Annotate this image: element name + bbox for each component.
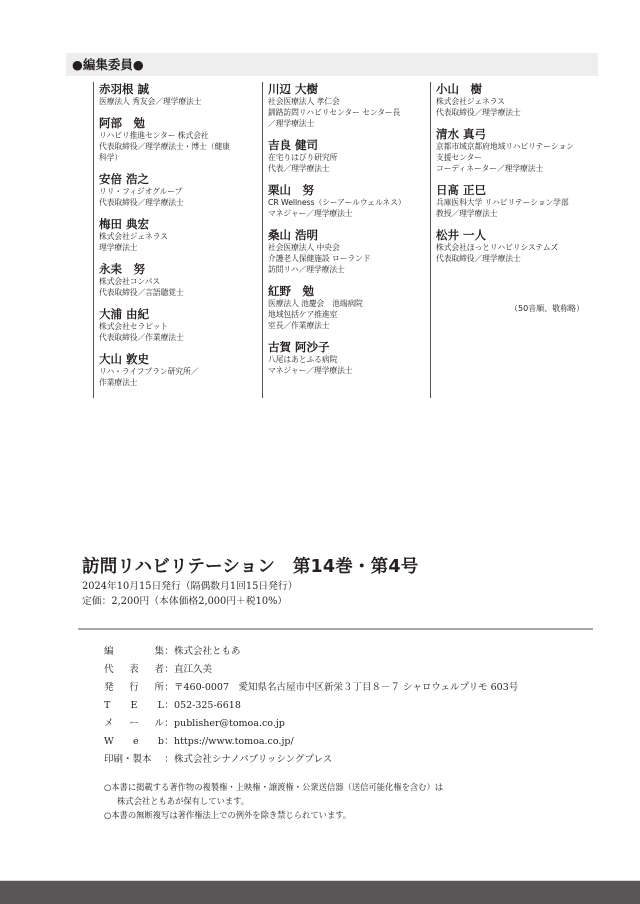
member-entry: 栗山 努 CR Wellness（シーアールウェルネス） マネジャー／理学療法士 [268, 183, 430, 219]
copyright-notices: ○本書に掲載する著作物の複製権・上映権・譲渡権・公衆送信器（送信可能化権を含む）… [104, 780, 443, 822]
editorial-board-columns: 赤羽根 誠 医療法人 秀友会／理学療法士 阿部 勉 リハビリ推進センター 株式会… [0, 82, 640, 400]
colophon-label: Web [104, 733, 164, 751]
member-name: 小山 樹 [436, 82, 598, 96]
board-column-1: 赤羽根 誠 医療法人 秀友会／理学療法士 阿部 勉 リハビリ推進センター 株式会… [93, 82, 261, 398]
member-affiliation: 代表取締役／作業療法士 [99, 332, 261, 343]
member-affiliation: 介護老人保健施設 ローランド [268, 253, 430, 264]
ordering-note: （50音順、敬称略） [510, 303, 584, 314]
colophon-value: 直江久美 [174, 661, 212, 679]
email-link[interactable]: publisher@tomoa.co.jp [174, 715, 285, 733]
member-entry: 松井 一人 株式会社ほっとリハビリシステムズ 代表取締役／理学療法士 [436, 228, 598, 264]
member-affiliation: リハビリ推進センター 株式会社 [99, 130, 261, 141]
member-entry: 古賀 阿沙子 八尾はあとふる病院 マネジャー／理学療法士 [268, 340, 430, 376]
member-affiliation: 株式会社コンパス [99, 276, 261, 287]
member-name: 紅野 勉 [268, 284, 430, 298]
price: 定価：2,200円（本体価格2,000円＋税10%） [82, 594, 418, 609]
member-affiliation: 株式会社セラピット [99, 321, 261, 332]
colophon-value: 株式会社ともあ [174, 643, 241, 661]
colophon-label: メール [104, 715, 164, 733]
website-link[interactable]: https://www.tomoa.co.jp/ [174, 733, 294, 751]
member-affiliation: リリ・フィジオグループ [99, 186, 261, 197]
member-name: 吉良 健司 [268, 138, 430, 152]
member-name: 梅田 典宏 [99, 217, 261, 231]
member-affiliation: 代表取締役／理学療法士 [436, 253, 598, 264]
board-column-3: 小山 樹 株式会社ジェネラス 代表取締役／理学療法士 清水 真弓 京都市域京都府… [430, 82, 598, 398]
colophon-email: メール ： publisher@tomoa.co.jp [104, 715, 518, 733]
member-affiliation: 株式会社ジェネラス [99, 231, 261, 242]
member-affiliation: 訪問リハ／理学療法士 [268, 264, 430, 275]
member-entry: 赤羽根 誠 医療法人 秀友会／理学療法士 [99, 82, 261, 107]
colophon-tel: TEL ： 052-325-6618 [104, 697, 518, 715]
board-column-2: 川辺 大樹 社会医療法人 孝仁会 釧路訪問リハビリセンター センター長 ／理学療… [262, 82, 430, 398]
member-entry: 阿部 勉 リハビリ推進センター 株式会社 代表取締役／理学療法士・博士（健康 科… [99, 116, 261, 163]
member-affiliation: CR Wellness（シーアールウェルネス） [268, 197, 430, 208]
member-affiliation: 代表／理学療法士 [268, 163, 430, 174]
member-affiliation: 八尾はあとふる病院 [268, 354, 430, 365]
magazine-info: 訪問リハビリテーション 第14巻・第4号 2024年10月15日発行（隔偶数月1… [82, 555, 418, 609]
member-name: 赤羽根 誠 [99, 82, 261, 96]
member-affiliation: コーディネーター／理学療法士 [436, 163, 598, 174]
member-affiliation: 医療法人 秀友会／理学療法士 [99, 96, 261, 107]
colophon-representative: 代表者 ： 直江久美 [104, 661, 518, 679]
member-entry: 永耒 努 株式会社コンパス 代表取締役／言語聴覚士 [99, 262, 261, 298]
magazine-title: 訪問リハビリテーション 第14巻・第4号 [82, 555, 418, 579]
copyright-notice: 株式会社ともあが保有しています。 [104, 794, 443, 808]
member-affiliation: 室長／作業療法士 [268, 320, 430, 331]
colophon-publisher: 発行所 ： 〒460-0007 愛知県名古屋市中区新栄３丁目８－７ シャロウェル… [104, 679, 518, 697]
member-name: 日髙 正巳 [436, 183, 598, 197]
member-affiliation: 京都市域京都府地域リハビリテーション [436, 141, 598, 152]
member-affiliation: 兵庫医科大学 リハビリテーション学部 [436, 197, 598, 208]
member-entry: 吉良 健司 在宅りはびり研究所 代表／理学療法士 [268, 138, 430, 174]
member-name: 大浦 由紀 [99, 307, 261, 321]
member-entry: 清水 真弓 京都市域京都府地域リハビリテーション 支援センター コーディネーター… [436, 127, 598, 174]
member-entry: 大浦 由紀 株式会社セラピット 代表取締役／作業療法士 [99, 307, 261, 343]
colophon-value: 株式会社シナノパブリッシングプレス [174, 751, 332, 769]
member-entry: 桑山 浩明 社会医療法人 中央会 介護老人保健施設 ローランド 訪問リハ／理学療… [268, 228, 430, 275]
member-affiliation: 釧路訪問リハビリセンター センター長 [268, 107, 430, 118]
member-name: 大山 敦史 [99, 352, 261, 366]
member-affiliation: 在宅りはびり研究所 [268, 152, 430, 163]
member-affiliation: マネジャー／理学療法士 [268, 365, 430, 376]
colophon-label: TEL [104, 697, 164, 715]
colophon-value: 〒460-0007 愛知県名古屋市中区新栄３丁目８－７ シャロウェルプリモ 60… [174, 679, 518, 697]
member-affiliation: 教授／理学療法士 [436, 208, 598, 219]
copyright-notice: ○本書に掲載する著作物の複製権・上映権・譲渡権・公衆送信器（送信可能化権を含む）… [104, 780, 443, 794]
colophon-label: 印刷・製本 [104, 751, 164, 769]
member-affiliation: 株式会社ジェネラス [436, 96, 598, 107]
colophon-web: Web ： https://www.tomoa.co.jp/ [104, 733, 518, 751]
member-entry: 梅田 典宏 株式会社ジェネラス 理学療法士 [99, 217, 261, 253]
member-name: 栗山 努 [268, 183, 430, 197]
member-entry: 川辺 大樹 社会医療法人 孝仁会 釧路訪問リハビリセンター センター長 ／理学療… [268, 82, 430, 129]
member-affiliation: 支援センター [436, 152, 598, 163]
member-name: 松井 一人 [436, 228, 598, 242]
member-affiliation: 代表取締役／理学療法士・博士（健康 [99, 141, 261, 152]
member-affiliation: リハ・ライフプラン研究所／ [99, 366, 261, 377]
member-affiliation: 作業療法士 [99, 377, 261, 388]
member-name: 永耒 努 [99, 262, 261, 276]
divider [78, 628, 593, 630]
member-affiliation: ／理学療法士 [268, 118, 430, 129]
member-name: 清水 真弓 [436, 127, 598, 141]
member-entry: 小山 樹 株式会社ジェネラス 代表取締役／理学療法士 [436, 82, 598, 118]
member-affiliation: 医療法人 池慶会 池端病院 [268, 298, 430, 309]
member-name: 川辺 大樹 [268, 82, 430, 96]
member-affiliation: 理学療法士 [99, 242, 261, 253]
member-affiliation: 社会医療法人 中央会 [268, 242, 430, 253]
member-affiliation: 代表取締役／理学療法士 [436, 107, 598, 118]
member-affiliation: 地域包括ケア推進室 [268, 309, 430, 320]
member-affiliation: 社会医療法人 孝仁会 [268, 96, 430, 107]
member-affiliation: 代表取締役／言語聴覚士 [99, 287, 261, 298]
member-affiliation: 代表取締役／理学療法士 [99, 197, 261, 208]
colophon-printer: 印刷・製本 ： 株式会社シナノパブリッシングプレス [104, 751, 518, 769]
member-entry: 安倍 浩之 リリ・フィジオグループ 代表取締役／理学療法士 [99, 172, 261, 208]
copying-notice: ○本書の無断複写は著作権法上での例外を除き禁じられています。 [104, 808, 443, 822]
member-name: 阿部 勉 [99, 116, 261, 130]
colophon-label: 代表者 [104, 661, 164, 679]
footer-bar [0, 880, 640, 904]
member-entry: 大山 敦史 リハ・ライフプラン研究所／ 作業療法士 [99, 352, 261, 388]
colophon-label: 発行所 [104, 679, 164, 697]
colophon-editor: 編集 ： 株式会社ともあ [104, 643, 518, 661]
member-entry: 紅野 勉 医療法人 池慶会 池端病院 地域包括ケア推進室 室長／作業療法士 [268, 284, 430, 331]
member-entry: 日髙 正巳 兵庫医科大学 リハビリテーション学部 教授／理学療法士 [436, 183, 598, 219]
member-name: 桑山 浩明 [268, 228, 430, 242]
colophon-value: 052-325-6618 [174, 697, 241, 715]
member-name: 古賀 阿沙子 [268, 340, 430, 354]
member-affiliation: マネジャー／理学療法士 [268, 208, 430, 219]
member-name: 安倍 浩之 [99, 172, 261, 186]
colophon: 編集 ： 株式会社ともあ 代表者 ： 直江久美 発行所 ： 〒460-0007 … [104, 643, 518, 769]
colophon-label: 編集 [104, 643, 164, 661]
member-affiliation: 株式会社ほっとリハビリシステムズ [436, 242, 598, 253]
publication-date: 2024年10月15日発行（隔偶数月1回15日発行） [82, 579, 418, 594]
member-affiliation: 科学） [99, 152, 261, 163]
editorial-board-header: ●編集委員● [66, 53, 598, 76]
